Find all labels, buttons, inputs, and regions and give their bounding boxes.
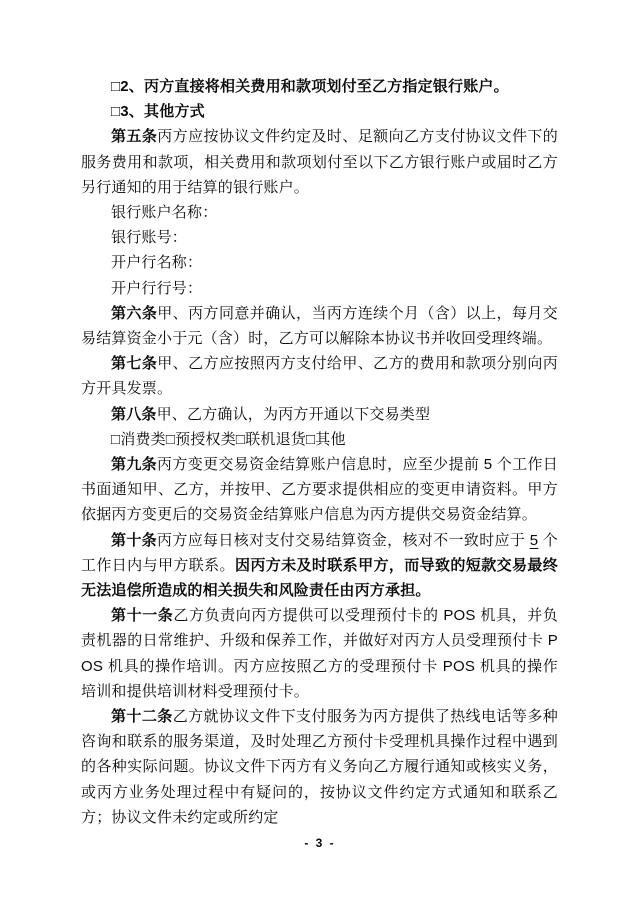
bank-account-name-line: 银行账户名称： [81,200,558,225]
clause-payment-option-2: □2、丙方直接将相关费用和款项划付至乙方指定银行账户。 [81,74,558,99]
checkbox-option-3: □3、其他方式 [111,103,205,120]
article-11: 第十一条乙方负责向丙方提供可以受理预付卡的 POS 机具，并负责机器的日常维护、… [81,603,558,704]
article-12-label: 第十二条 [111,708,173,725]
bank-account-name-label: 银行账户名称： [111,204,217,221]
article-8-body: 甲、乙方确认，为丙方开通以下交易类型 [157,406,431,423]
bank-branch-name-line: 开户行名称： [81,250,558,275]
document-body: □2、丙方直接将相关费用和款项划付至乙方指定银行账户。□3、其他方式第五条丙方应… [81,74,558,830]
article-8: 第八条甲、乙方确认，为丙方开通以下交易类型 [81,402,558,427]
article-6-label: 第六条 [111,305,157,322]
checkbox-option-2: □2、丙方直接将相关费用和款项划付至乙方指定银行账户。 [111,78,509,95]
article-9: 第九条丙方变更交易资金结算账户信息时，应至少提前 5 个工作日书面通知甲、乙方，… [81,452,558,528]
article-5: 第五条丙方应按协议文件约定及时、足额向乙方支付协议文件下的服务费用和款项，相关费… [81,124,558,200]
page-number: - 3 - [0,836,640,850]
document-page: □2、丙方直接将相关费用和款项划付至乙方指定银行账户。□3、其他方式第五条丙方应… [0,0,640,905]
article-7-label: 第七条 [111,355,157,372]
article-6: 第六条甲、丙方同意并确认，当丙方连续个月（含）以上，每月交易结算资金小于元（含）… [81,301,558,351]
article-8-label: 第八条 [111,406,157,423]
bank-branch-name-label: 开户行名称： [111,254,202,271]
article-10-days-value: 5 [530,532,539,549]
article-12: 第十二条乙方就协议文件下支付服务为丙方提供了热线电话等多种咨询和联系的服务渠道，… [81,704,558,830]
article-10: 第十条丙方应每日核对支付交易结算资金，核对不一致时应于 5 个工作日内与甲方联系… [81,528,558,604]
bank-account-number-line: 银行账号： [81,225,558,250]
bank-branch-code-line: 开户行行号： [81,276,558,301]
article-7: 第七条甲、乙方应按照丙方支付给甲、乙方的费用和款项分别向丙方开具发票。 [81,351,558,401]
article-10-label: 第十条 [111,532,157,549]
transaction-type-checkboxes: □消费类□预授权类□联机退货□其他 [111,431,346,448]
clause-payment-option-3: □3、其他方式 [81,99,558,124]
article-10-body-1: 丙方应每日核对支付交易结算资金，核对不一致时应于 [157,532,530,549]
transaction-type-options: □消费类□预授权类□联机退货□其他 [81,427,558,452]
bank-account-number-label: 银行账号： [111,229,187,246]
article-9-label: 第九条 [111,456,157,473]
article-11-label: 第十一条 [111,607,173,624]
article-12-body: 乙方就协议文件下支付服务为丙方提供了热线电话等多种咨询和联系的服务渠道，及时处理… [81,708,558,826]
article-5-label: 第五条 [111,128,157,145]
bank-branch-code-label: 开户行行号： [111,280,202,297]
